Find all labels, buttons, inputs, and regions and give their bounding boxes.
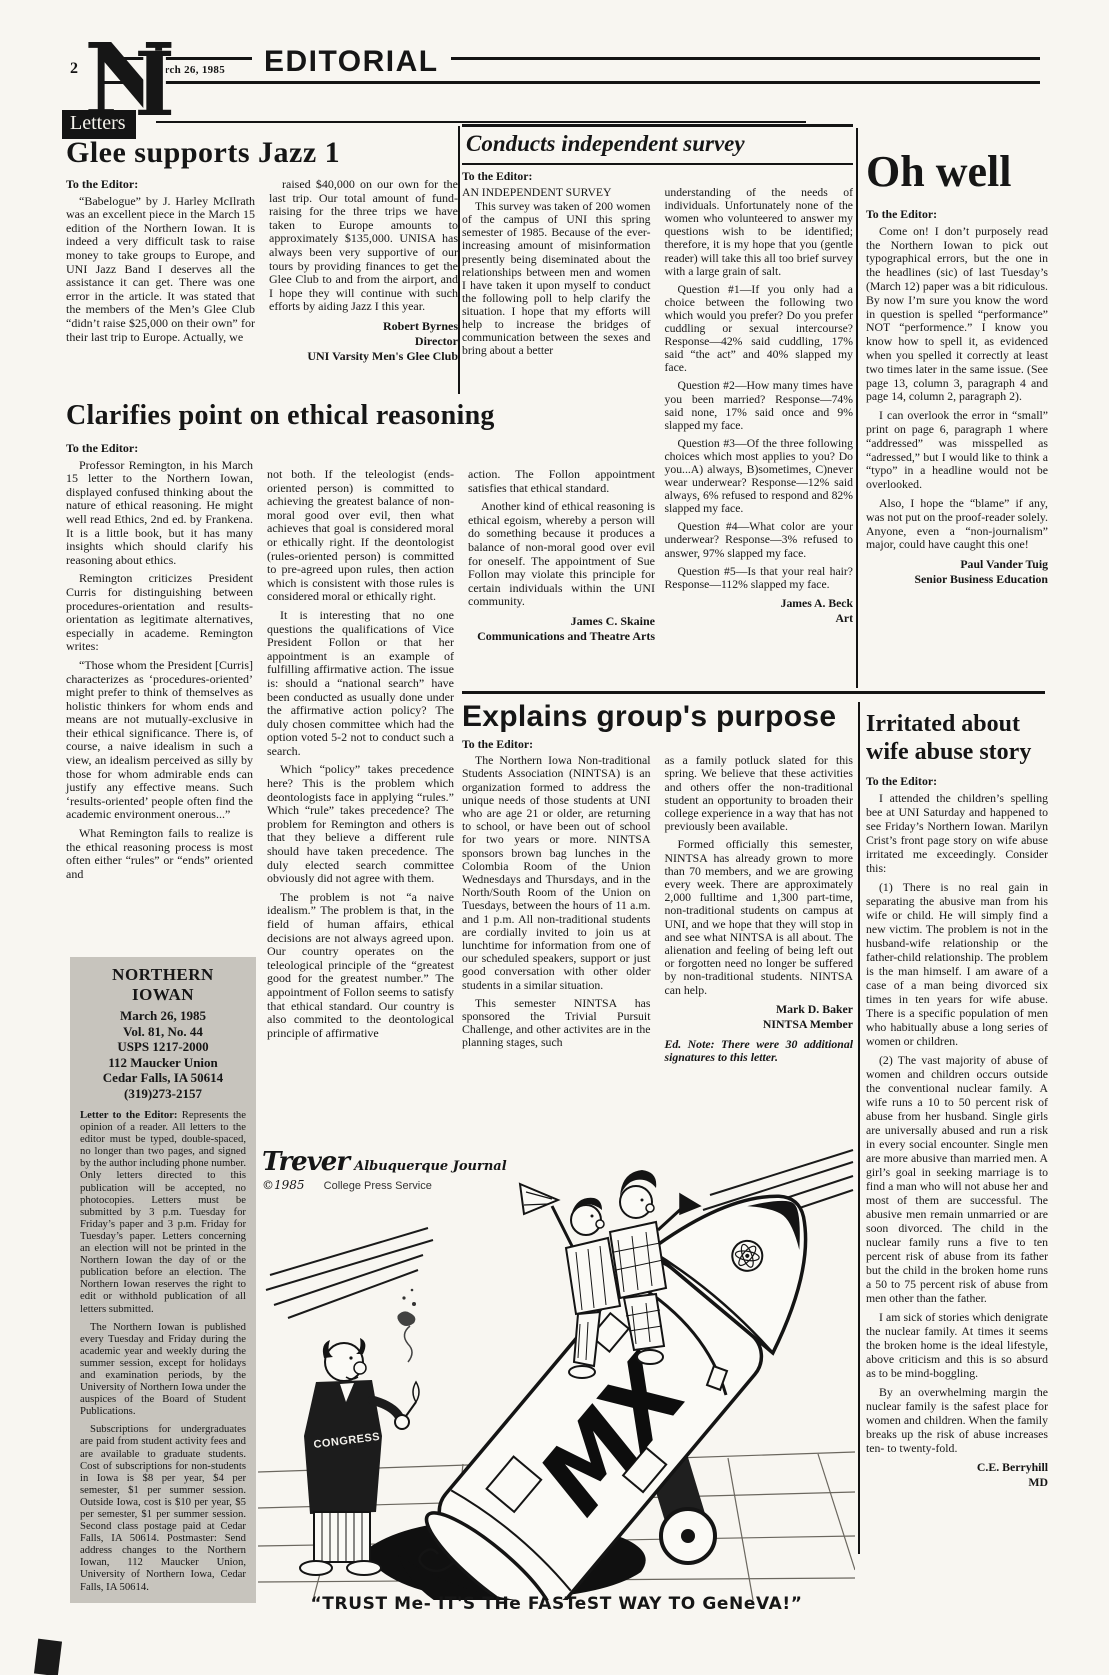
divider-explains-irritated	[858, 702, 860, 1554]
clarifies-column-1: To the Editor: Professor Remington, in h…	[66, 442, 253, 1045]
newspaper-page: 2 March 26, 1985 N I EDITORIAL Letters G…	[0, 0, 1109, 1675]
cartoon-caption: “TRUST Me- IT'S THe FASTeST WAY TO GeNeV…	[258, 1594, 855, 1614]
signature-name: C.E. Berryhill	[866, 1460, 1048, 1475]
signature-name: Mark D. Baker	[665, 1002, 854, 1017]
signature-name: Paul Vander Tuig	[866, 557, 1048, 572]
paragraph: (2) The vast majority of abuse of women …	[866, 1053, 1048, 1305]
paragraph: (1) There is no real gain in separating …	[866, 880, 1048, 1048]
masthead-publication-info: The Northern Iowan is published every Tu…	[80, 1321, 246, 1418]
paragraph: Also, I hope the “blame” if any, was not…	[866, 497, 1048, 552]
paragraph: Question #4—What color are your underwea…	[665, 520, 854, 559]
salutation: To the Editor:	[866, 208, 1048, 222]
paragraph: “Babelogue” by J. Harley McIlrath was an…	[66, 195, 255, 345]
masthead-line: (319)273-2157	[80, 1086, 246, 1102]
explains-column-1: The Northern Iowa Non-traditional Studen…	[462, 754, 651, 1069]
paragraph: This semester NINTSA has sponsored the T…	[462, 997, 651, 1050]
letter-glee: Glee supports Jazz 1 To the Editor: “Bab…	[66, 136, 458, 364]
paragraph: The Northern Iowa Non-traditional Studen…	[462, 754, 651, 992]
paragraph: This survey was taken of 200 women of th…	[462, 200, 651, 357]
masthead-box: NORTHERN IOWAN March 26, 1985 Vol. 81, N…	[70, 957, 256, 1603]
signature-title: NINTSA Member	[665, 1017, 854, 1032]
signature-name: Robert Byrnes	[269, 319, 458, 334]
headline-line-2: wife abuse story	[866, 738, 1048, 766]
paragraph: Formed officially this semester, NINTSA …	[665, 838, 854, 996]
headline-conducts: Conducts independent survey	[462, 124, 853, 165]
salutation: To the Editor:	[66, 178, 255, 192]
cartoon-syndicate: College Press Service	[324, 1180, 432, 1192]
signature-title: MD	[866, 1475, 1048, 1490]
cartoon-credit: Trever Albuquerque Journal ©1985 College…	[262, 1150, 582, 1193]
signature-title: Communications and Theatre Arts	[468, 629, 655, 644]
glee-column-2: raised $40,000 on our own for the last t…	[269, 178, 458, 364]
paragraph: I can overlook the error in “small” prin…	[866, 409, 1048, 492]
cartoon-source: Albuquerque Journal	[354, 1159, 507, 1174]
paragraph: as a family potluck slated for this spri…	[665, 754, 854, 833]
headline-oh-well: Oh well	[866, 148, 1048, 196]
cartoon-copyright: ©1985	[262, 1178, 305, 1192]
survey-title-line: AN INDEPENDENT SURVEY	[462, 186, 651, 199]
signature-name: James C. Skaine	[468, 614, 655, 629]
letters-label: Letters	[62, 110, 136, 139]
headline-irritated: Irritated about wife abuse story	[866, 710, 1048, 766]
masthead-policy: Letter to the Editor: Represents the opi…	[80, 1109, 246, 1315]
masthead-title: NORTHERN IOWAN	[80, 965, 246, 1005]
signature-title: UNI Varsity Men's Glee Club	[269, 349, 458, 364]
header-rule-bottom	[100, 81, 1040, 84]
masthead-line: Cedar Falls, IA 50614	[80, 1070, 246, 1086]
glee-column-1: To the Editor: “Babelogue” by J. Harley …	[66, 178, 255, 364]
cartoonist-signature: Trever	[262, 1147, 349, 1177]
letters-rule	[156, 121, 806, 123]
signature-name: James A. Beck	[665, 596, 854, 611]
signature-block: James C. Skaine Communications and Theat…	[468, 614, 655, 644]
letter-irritated: Irritated about wife abuse story To the …	[866, 710, 1048, 1490]
headline-line-1: Irritated about	[866, 710, 1048, 738]
signature-block: James A. Beck Art	[665, 596, 854, 626]
header-rule-top	[100, 57, 1040, 60]
masthead-line: March 26, 1985	[80, 1008, 246, 1024]
paragraph: understanding of the needs of individual…	[665, 186, 854, 278]
divider-survey-ohwell	[856, 128, 858, 688]
masthead-policy-lead: Letter to the Editor:	[80, 1109, 178, 1121]
paragraph: Question #5—Is that your real hair? Resp…	[665, 565, 854, 591]
signature-block: C.E. Berryhill MD	[866, 1460, 1048, 1490]
paragraph: Remington criticizes President Curris fo…	[66, 572, 253, 654]
paragraph: Which “policy” takes precedence here? Th…	[267, 763, 454, 885]
editor-note: Ed. Note: There were 30 additional signa…	[665, 1038, 854, 1064]
paragraph: What Remington fails to realize is the e…	[66, 827, 253, 881]
salutation: To the Editor:	[66, 442, 253, 456]
paragraph: Another kind of ethical reasoning is eth…	[468, 500, 655, 609]
scan-artifact	[34, 1639, 62, 1675]
headline-clarifies: Clarifies point on ethical reasoning	[66, 400, 655, 432]
masthead-line: USPS 1217-2000	[80, 1039, 246, 1055]
masthead-line: 112 Maucker Union	[80, 1055, 246, 1071]
masthead-subscription-info: Subscriptions for undergraduates are pai…	[80, 1423, 246, 1592]
paragraph: I am sick of stories which denigrate the…	[866, 1310, 1048, 1380]
paragraph: It is interesting that no one questions …	[267, 609, 454, 759]
signature-block: Paul Vander Tuig Senior Business Educati…	[866, 557, 1048, 587]
paragraph: Question #2—How many times have you been…	[665, 379, 854, 431]
paragraph: By an overwhelming margin the nuclear fa…	[866, 1385, 1048, 1455]
logo-letter-i: I	[134, 40, 175, 128]
paragraph: I attended the children’s spelling bee a…	[866, 791, 1048, 875]
signature-block: Mark D. Baker NINTSA Member	[665, 1002, 854, 1032]
paragraph: Professor Remington, in his March 15 let…	[66, 459, 253, 568]
salutation: To the Editor:	[462, 738, 853, 751]
paragraph: “Those whom the President [Curris] chara…	[66, 659, 253, 822]
section-title: EDITORIAL	[252, 44, 451, 80]
congress-figure: CONGRESS	[300, 1289, 419, 1575]
headline-explains: Explains group's purpose	[462, 700, 853, 734]
paragraph: Come on! I don’t purposely read the Nort…	[866, 225, 1048, 404]
paragraph: The problem is not “a naive idealism.” T…	[267, 891, 454, 1041]
clarifies-column-2: not both. If the teleologist (ends-orien…	[267, 468, 454, 1045]
paragraph: not both. If the teleologist (ends-orien…	[267, 468, 454, 604]
explains-column-2: as a family potluck slated for this spri…	[665, 754, 854, 1069]
divider-glee-conducts	[458, 126, 460, 394]
letter-oh-well: Oh well To the Editor: Come on! I don’t …	[866, 148, 1048, 587]
salutation: To the Editor:	[866, 774, 1048, 788]
masthead-policy-text: Represents the opinion of a reader. All …	[80, 1109, 246, 1315]
signature-title: Art	[665, 611, 854, 626]
paragraph: action. The Follon appointment satisfies…	[468, 468, 655, 495]
paragraph: Question #3—Of the three following choic…	[665, 437, 854, 516]
page-number: 2	[70, 61, 78, 77]
signature-title: Director	[269, 334, 458, 349]
letter-explains: Explains group's purpose To the Editor: …	[462, 700, 853, 1069]
salutation: To the Editor:	[462, 170, 853, 183]
signature-title: Senior Business Education	[866, 572, 1048, 587]
paragraph: Question #1—If you only had a choice bet…	[665, 283, 854, 375]
conducts-column-2: understanding of the needs of individual…	[665, 186, 854, 626]
paragraph: raised $40,000 on our own for the last t…	[269, 178, 458, 314]
masthead-line: Vol. 81, No. 44	[80, 1024, 246, 1040]
signature-block: Robert Byrnes Director UNI Varsity Men's…	[269, 319, 458, 364]
